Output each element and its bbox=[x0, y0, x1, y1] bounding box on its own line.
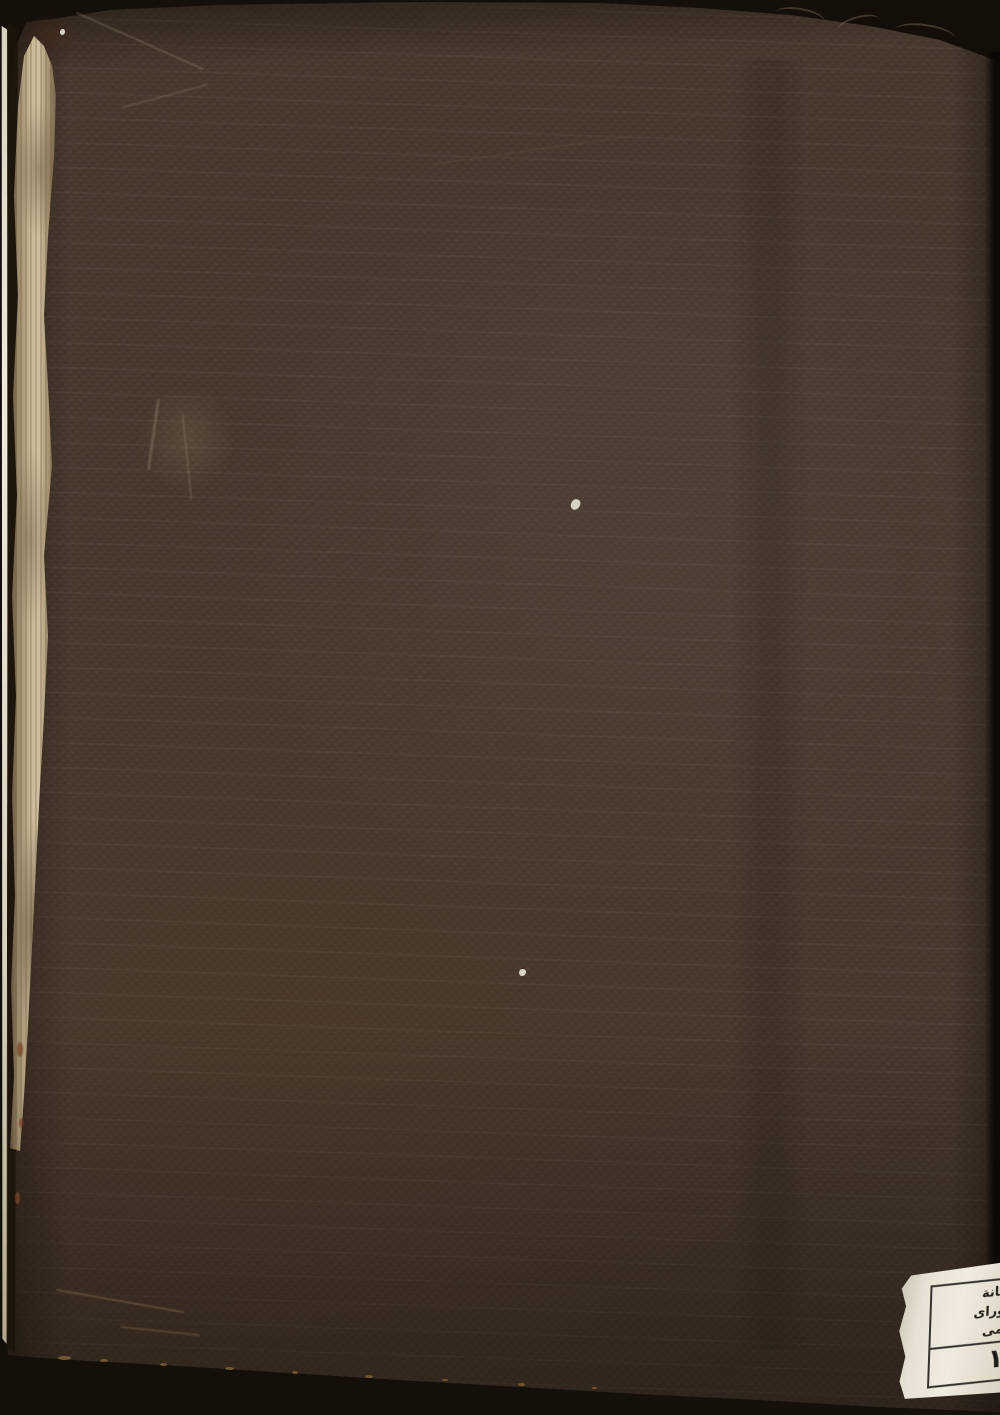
leather-sheen-patch bbox=[240, 130, 1000, 560]
cover-right-edge-shadow bbox=[985, 52, 1000, 1268]
torn-edge-chip bbox=[518, 1383, 525, 1386]
torn-edge-chip bbox=[225, 1367, 234, 1370]
library-label: ـبخانة شوراى ـلامى ١ bbox=[895, 1260, 1000, 1404]
rust-fleck bbox=[15, 1192, 20, 1204]
library-label-border-box: ـبخانة شوراى ـلامى ١ bbox=[927, 1276, 1000, 1389]
torn-edge-chip bbox=[442, 1379, 448, 1381]
rust-fleck bbox=[17, 1042, 23, 1057]
book-cover-photo: ـبخانة شوراى ـلامى ١ bbox=[0, 0, 1000, 1415]
rust-fleck bbox=[19, 1118, 23, 1128]
torn-edge-chip bbox=[365, 1375, 373, 1378]
torn-edge-chip bbox=[160, 1363, 167, 1366]
torn-edge-chip bbox=[292, 1371, 298, 1374]
torn-edge-chip bbox=[592, 1387, 597, 1389]
torn-edge-chip bbox=[58, 1356, 71, 1360]
leather-shade-band bbox=[730, 60, 810, 1350]
torn-edge-chip bbox=[100, 1359, 108, 1362]
